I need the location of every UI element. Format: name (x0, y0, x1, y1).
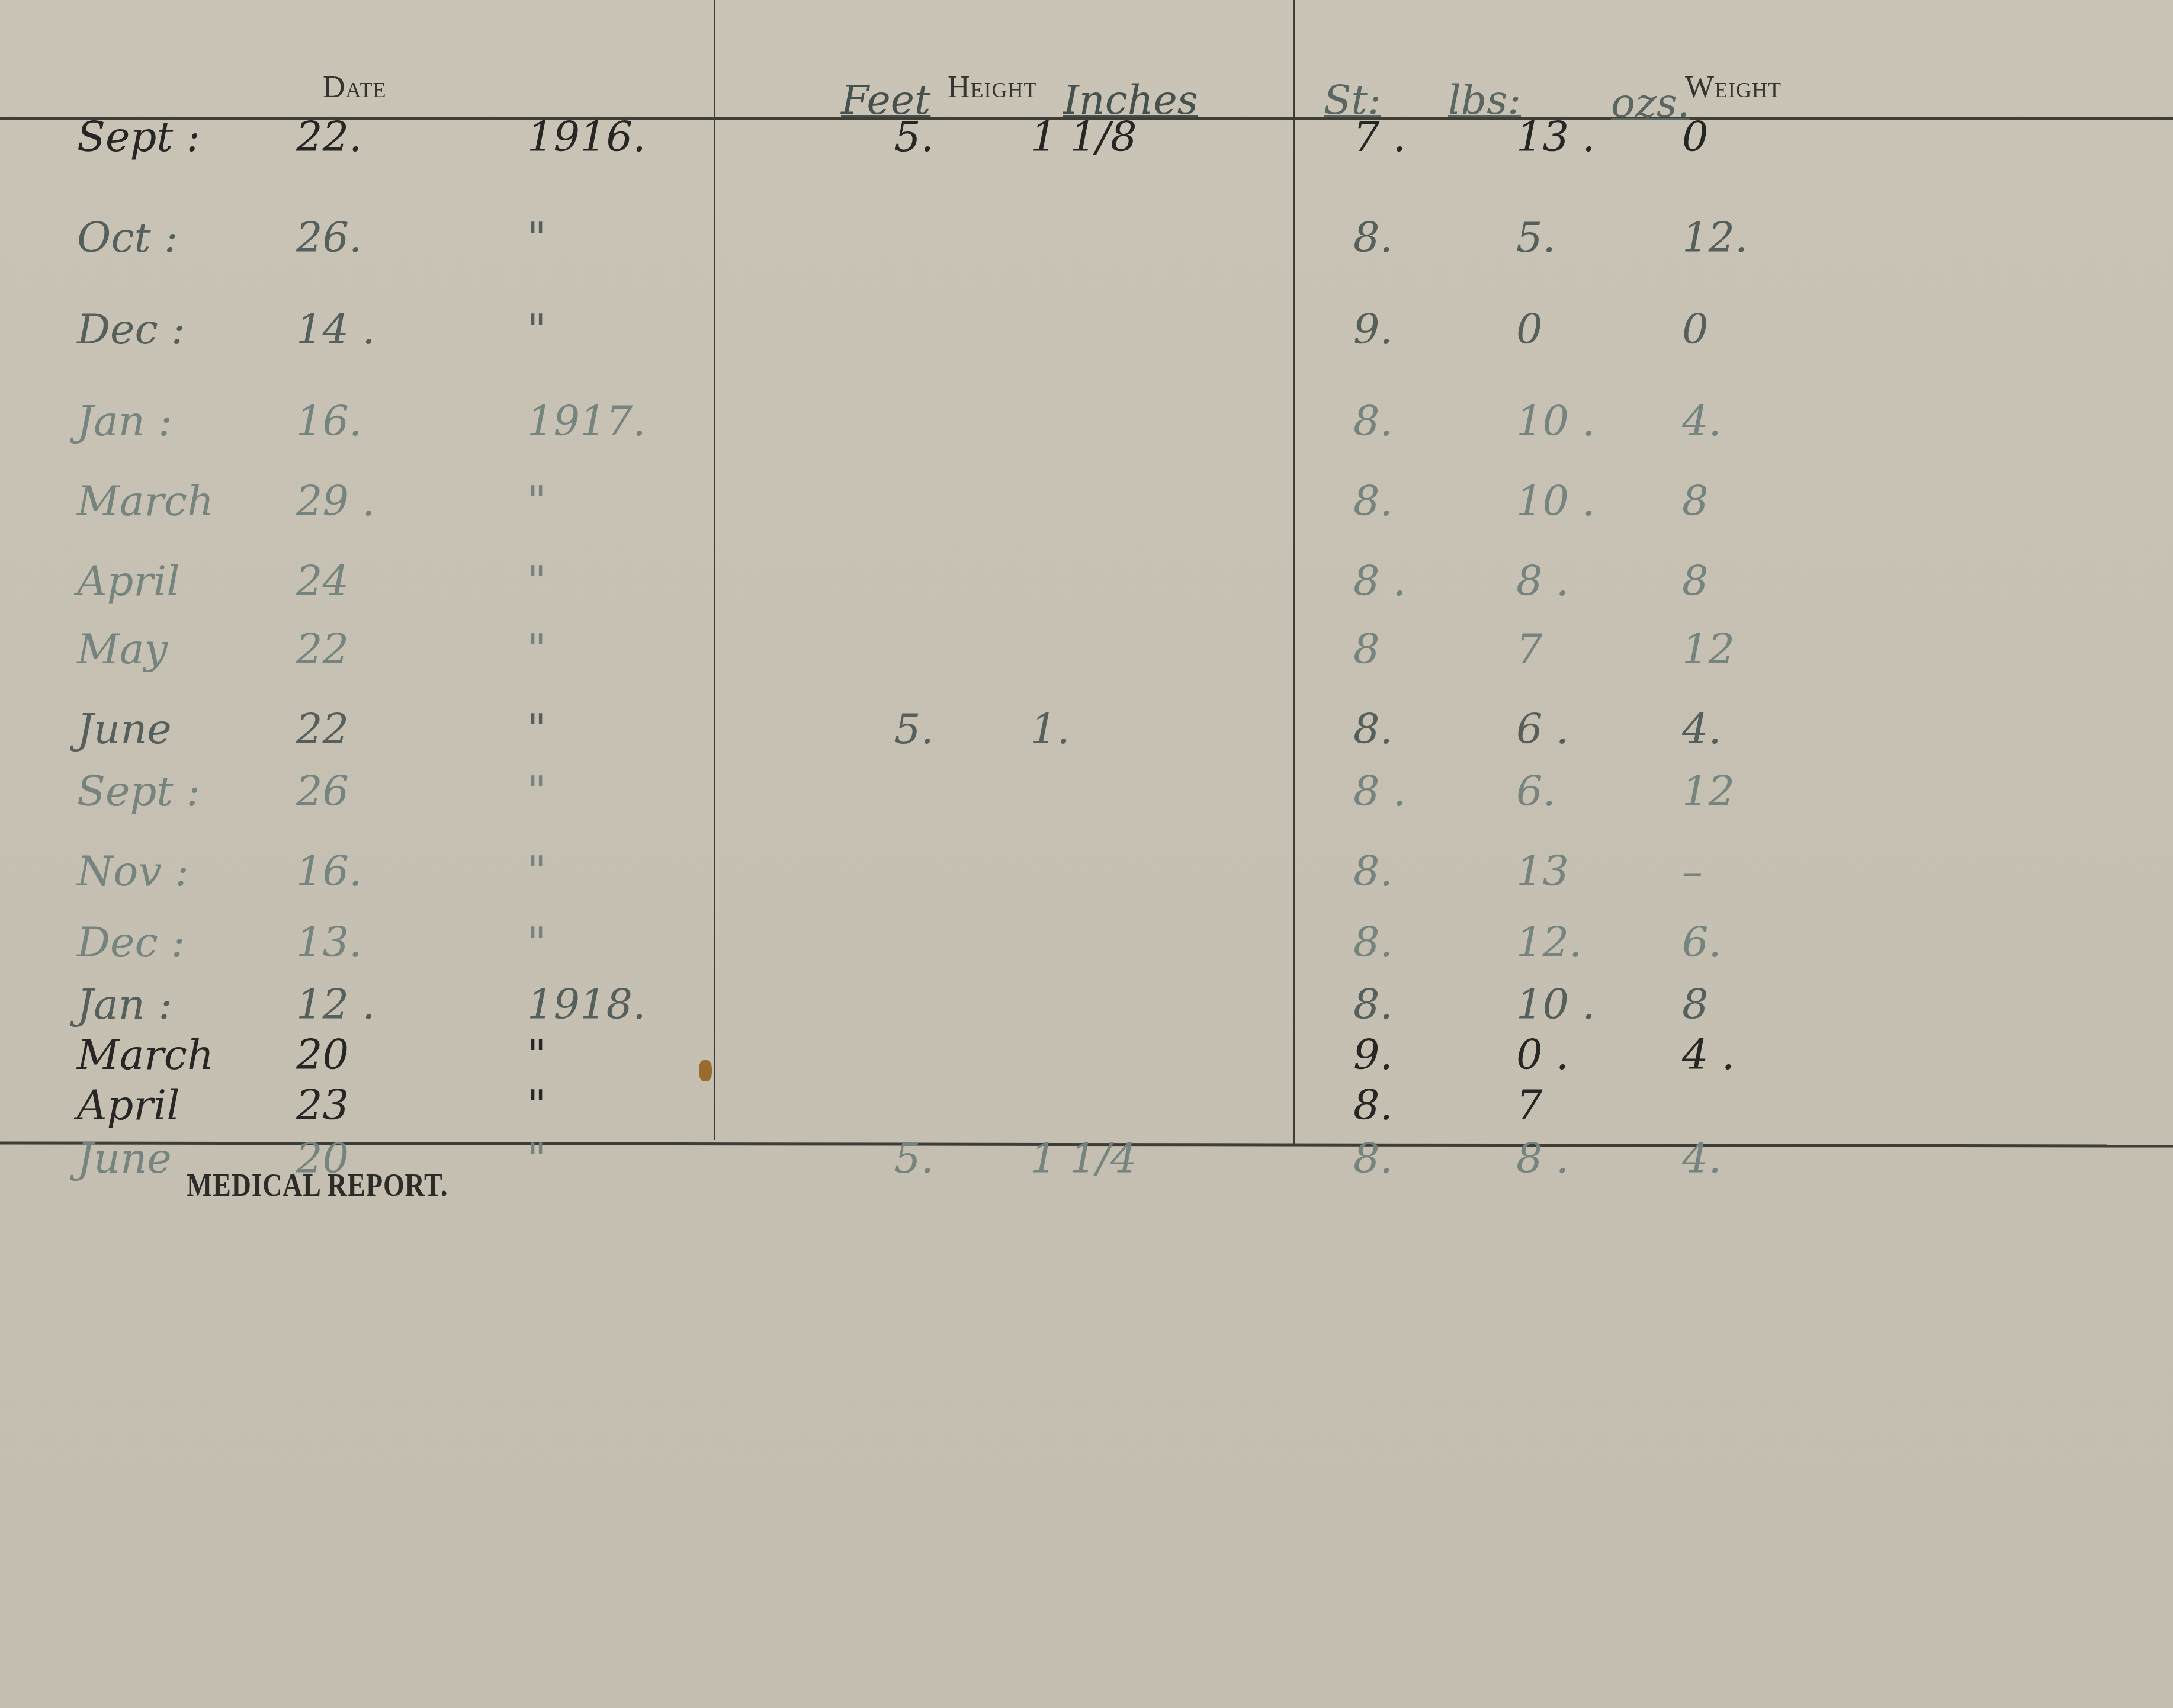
weight-lbs: 8 . (1516, 557, 1569, 605)
lbs-unit-label: lbs: (1448, 77, 1521, 124)
date-day: 26. (296, 213, 362, 262)
column-divider-date-height (714, 0, 715, 1140)
date-day: 22 (296, 705, 349, 753)
weight-ozs: 8 (1682, 980, 1709, 1029)
weight-column-header: Weight (1685, 70, 1782, 105)
date-day: 20 (296, 1030, 349, 1079)
date-month: April (77, 1081, 180, 1129)
table-row: Oct : 26. " 8. 5. 12. (0, 213, 2173, 214)
date-day: 22. (296, 113, 362, 161)
date-month: March (77, 477, 214, 525)
date-month: March (77, 1030, 214, 1079)
weight-lbs: 12. (1516, 918, 1582, 967)
date-year: " (527, 213, 546, 262)
weight-lbs: 10 . (1516, 477, 1596, 525)
height-feet: 5. (894, 113, 934, 161)
weight-lbs: 13 (1516, 847, 1569, 895)
ozs-unit-label: ozs. (1611, 80, 1690, 127)
date-day: 29 . (296, 477, 375, 525)
date-day: 13. (296, 918, 362, 967)
weight-lbs: 6 . (1516, 705, 1569, 753)
date-year: " (527, 847, 546, 895)
date-day: 14 . (296, 305, 375, 354)
weight-ozs: 4. (1682, 705, 1722, 753)
date-day: 22 (296, 625, 349, 673)
date-month: Sept : (77, 113, 200, 161)
weight-lbs: 10 . (1516, 397, 1596, 445)
height-feet: 5. (894, 1134, 934, 1183)
date-day: 24 (296, 557, 349, 605)
date-year: " (527, 305, 546, 354)
weight-stones: 8. (1353, 918, 1393, 967)
weight-ozs: 12 (1682, 625, 1735, 673)
weight-stones: 8. (1353, 1081, 1393, 1129)
weight-lbs: 13 . (1516, 113, 1596, 161)
weight-lbs: 10 . (1516, 980, 1596, 1029)
table-row: March 29 . " 8. 10 . 8 (0, 477, 2173, 477)
date-day: 23 (296, 1081, 349, 1129)
date-year: 1918. (527, 980, 646, 1029)
date-year: 1916. (527, 113, 646, 161)
weight-lbs: 7 (1516, 1081, 1543, 1129)
rust-stain (699, 1060, 712, 1081)
table-row: March 20 " 9. 0 . 4 . (0, 1030, 2173, 1031)
date-month: Sept : (77, 767, 200, 816)
date-month: May (77, 625, 168, 673)
weight-stones: 8. (1353, 980, 1393, 1029)
weight-ozs: 4 . (1682, 1030, 1735, 1079)
weight-lbs: 7 (1516, 625, 1543, 673)
table-row: Nov : 16. " 8. 13 – (0, 847, 2173, 847)
weight-stones: 8. (1353, 847, 1393, 895)
date-month: June (77, 705, 172, 753)
table-row: Jan : 12 . 1918. 8. 10 . 8 (0, 980, 2173, 981)
weight-ozs: 4. (1682, 397, 1722, 445)
weight-lbs: 0 . (1516, 1030, 1569, 1079)
table-row: May 22 " 8 7 12 (0, 625, 2173, 625)
height-inches: 1 1/4 (1031, 1134, 1137, 1183)
weight-stones: 8. (1353, 213, 1393, 262)
weight-ozs: 12 (1682, 767, 1735, 816)
weight-ozs: 0 (1682, 113, 1709, 161)
date-day: 16. (296, 397, 362, 445)
height-inches: 1 1/8 (1031, 113, 1137, 161)
weight-stones: 9. (1353, 1030, 1393, 1079)
table-row: June 20 " 5. 1 1/4 8. 8 . 4. (0, 1134, 2173, 1135)
weight-stones: 8. (1353, 397, 1393, 445)
weight-stones: 7 . (1353, 113, 1406, 161)
date-year: " (527, 1081, 546, 1129)
height-feet: 5. (894, 705, 934, 753)
date-year: " (527, 705, 546, 753)
date-year: " (527, 557, 546, 605)
date-day: 20 (296, 1134, 349, 1183)
date-day: 12 . (296, 980, 375, 1029)
date-day: 16. (296, 847, 362, 895)
weight-stones: 9. (1353, 305, 1393, 354)
date-month: Oct : (77, 213, 178, 262)
table-row: April 24 " 8 . 8 . 8 (0, 557, 2173, 557)
weight-ozs: 8 (1682, 477, 1709, 525)
table-row: Sept : 26 " 8 . 6. 12 (0, 767, 2173, 768)
date-year: " (527, 1134, 546, 1183)
height-column-header: Height (948, 70, 1038, 105)
date-year: 1917. (527, 397, 646, 445)
date-year: " (527, 625, 546, 673)
date-year: " (527, 767, 546, 816)
table-row: April 23 " 8. 7 (0, 1081, 2173, 1081)
table-row: Dec : 13. " 8. 12. 6. (0, 918, 2173, 919)
date-column-header: Date (323, 70, 387, 105)
date-day: 26 (296, 767, 349, 816)
weight-stones: 8 . (1353, 767, 1406, 816)
weight-stones: 8. (1353, 1134, 1393, 1183)
date-year: " (527, 477, 546, 525)
weight-stones: 8 (1353, 625, 1380, 673)
date-month: Dec : (77, 305, 185, 354)
weight-stones: 8. (1353, 477, 1393, 525)
weight-ozs: 12. (1682, 213, 1748, 262)
weight-ozs: 4. (1682, 1134, 1722, 1183)
table-row: Sept : 22. 1916. 5. 1 1/8 7 . 13 . 0 (0, 113, 2173, 113)
height-inches: 1. (1031, 705, 1070, 753)
weight-stones: 8 . (1353, 557, 1406, 605)
date-month: Jan : (77, 397, 172, 445)
table-row: Jan : 16. 1917. 8. 10 . 4. (0, 397, 2173, 397)
weight-lbs: 8 . (1516, 1134, 1569, 1183)
table-row: Dec : 14 . " 9. 0 0 (0, 305, 2173, 306)
weight-ozs: – (1682, 847, 1703, 895)
weight-lbs: 0 (1516, 305, 1543, 354)
date-year: " (527, 918, 546, 967)
weight-lbs: 6. (1516, 767, 1556, 816)
date-month: April (77, 557, 180, 605)
weight-ozs: 0 (1682, 305, 1709, 354)
weight-lbs: 5. (1516, 213, 1556, 262)
date-year: " (527, 1030, 546, 1079)
date-month: June (77, 1134, 172, 1183)
weight-ozs: 8 (1682, 557, 1709, 605)
weight-stones: 8. (1353, 705, 1393, 753)
date-month: Nov : (77, 847, 189, 895)
date-month: Jan : (77, 980, 172, 1029)
table-row: June 22 " 5. 1. 8. 6 . 4. (0, 705, 2173, 705)
date-month: Dec : (77, 918, 185, 967)
weight-ozs: 6. (1682, 918, 1722, 967)
column-divider-height-weight (1293, 0, 1295, 1146)
